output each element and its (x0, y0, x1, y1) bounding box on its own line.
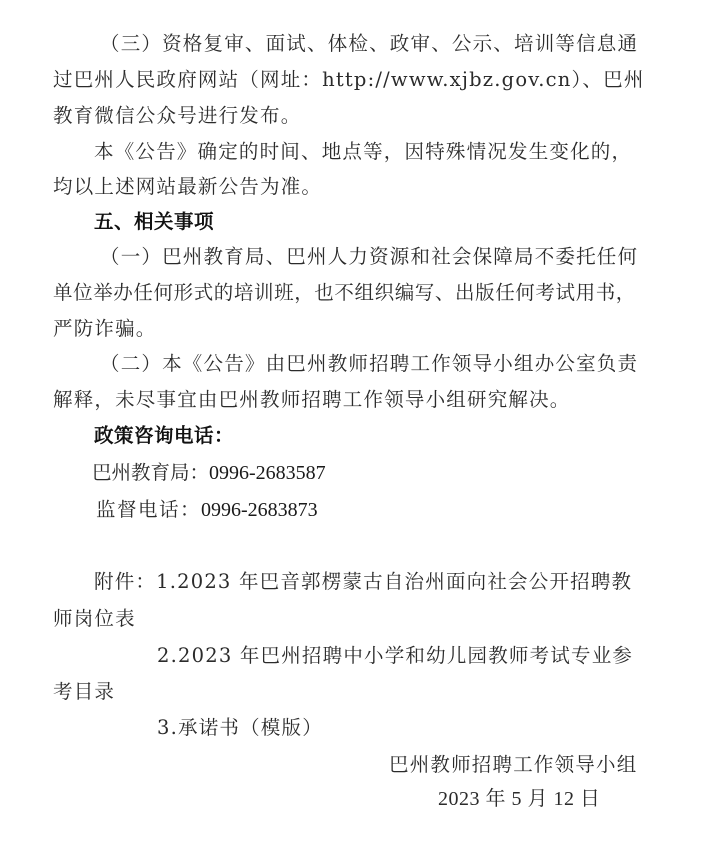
item1-line1: （一）巴州教育局、巴州人力资源和社会保障局不委托任何 (100, 245, 638, 269)
note-line1: 本《公告》确定的时间、地点等，因特殊情况发生变化的， (94, 140, 632, 164)
section3-line3: 教育微信公众号进行发布。 (53, 104, 301, 128)
attachments-row-1: 附件：1.2023 年巴音郭楞蒙古自治州面向社会公开招聘教 (94, 570, 632, 594)
attachment-item-1: 1.2023 年巴音郭楞蒙古自治州面向社会公开招聘教 (156, 570, 632, 593)
contact-row-education-bureau: 巴州教育局：0996-2683587 (92, 461, 326, 485)
note-line2: 均以上述网站最新公告为准。 (53, 175, 322, 199)
item1-line2: 单位举办任何形式的培训班，也不组织编写、出版任何考试用书， (53, 281, 636, 305)
contact-phone: 0996-2683587 (209, 462, 326, 484)
attachment-item-2-cont: 考目录 (53, 680, 115, 704)
attachment-item-2: 2.2023 年巴州招聘中小学和幼儿园教师考试专业参 (157, 644, 633, 668)
signature-organization: 巴州教师招聘工作领导小组 (389, 753, 637, 777)
item2-line1: （二）本《公告》由巴州教师招聘工作领导小组办公室负责 (100, 352, 638, 376)
contact-label: 巴州教育局： (92, 461, 209, 484)
attachment-item-3: 3.承诺书（模版） (157, 716, 323, 740)
section-heading: 五、相关事项 (94, 210, 214, 234)
attachment-item-1-cont: 师岗位表 (53, 607, 136, 631)
contact-label: 监督电话： (96, 498, 201, 521)
section3-line1: （三）资格复审、面试、体检、政审、公示、培训等信息通 (100, 32, 638, 56)
item1-line3: 严防诈骗。 (53, 317, 157, 341)
contact-row-supervision: 监督电话：0996-2683873 (96, 498, 318, 522)
signature-date: 2023 年 5 月 12 日 (438, 787, 601, 811)
contact-phone: 0996-2683873 (201, 499, 318, 521)
item2-line2: 解释，未尽事宜由巴州教师招聘工作领导小组研究解决。 (53, 388, 571, 412)
section3-line2: 过巴州人民政府网站（网址：http://www.xjbz.gov.cn）、巴州 (53, 68, 645, 92)
attachments-label: 附件： (94, 570, 156, 593)
contacts-title: 政策咨询电话： (94, 424, 234, 448)
